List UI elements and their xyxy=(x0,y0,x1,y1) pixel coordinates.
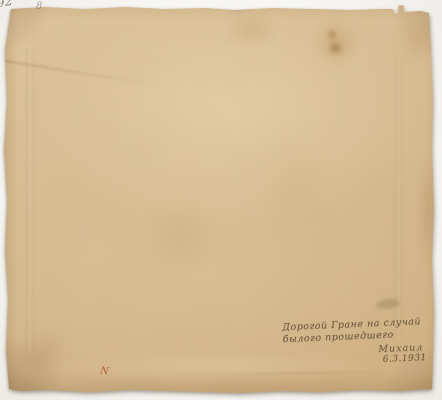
scratch-top-center xyxy=(165,2,250,8)
brown-dot-bottom-left xyxy=(0,14,3,17)
handwritten-dedication: Дорогой Гране на случай былого прошедшег… xyxy=(282,316,434,369)
aged-paper-sheet: Дорогой Гране на случай былого прошедшег… xyxy=(0,0,442,400)
corner-pencil-mark-small: 8 xyxy=(36,1,42,12)
paper-shadow-wrap: Дорогой Гране на случай былого прошедшег… xyxy=(0,0,442,400)
scanned-paper-verso: Дорогой Гране на случай былого прошедшег… xyxy=(0,0,442,400)
red-mark-bottom-right xyxy=(0,16,8,22)
red-letter-mark: N xyxy=(99,365,109,377)
